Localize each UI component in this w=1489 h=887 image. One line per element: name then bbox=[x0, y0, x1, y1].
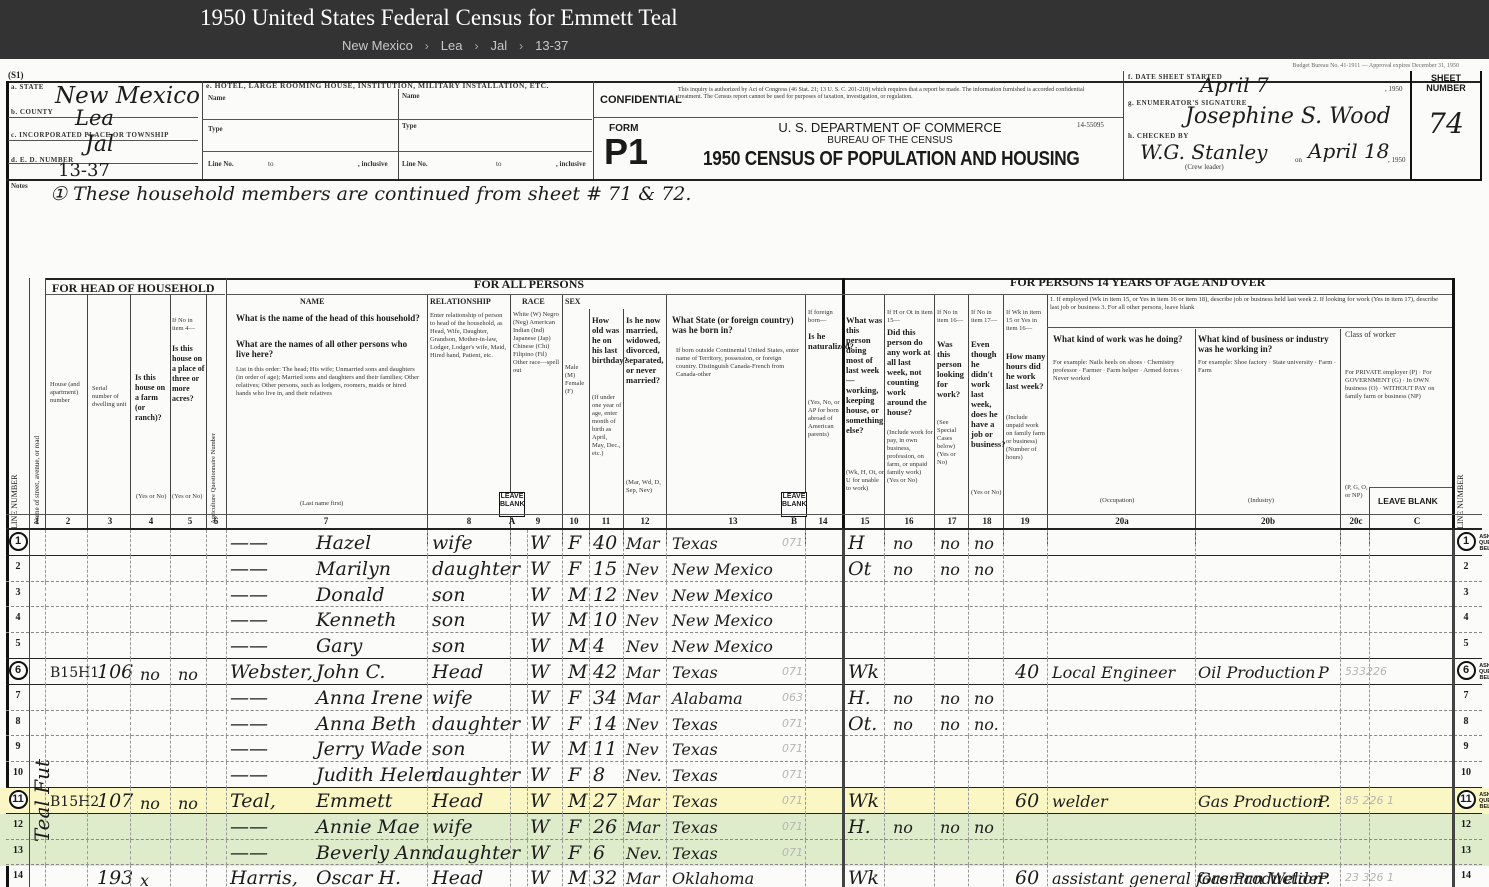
birthplace-code: 071 bbox=[782, 820, 803, 833]
col20c-examples: For PRIVATE employer (P) · For GOVERNMEN… bbox=[1345, 369, 1450, 401]
farm-cell: no bbox=[140, 794, 160, 813]
looking-cell: no bbox=[940, 534, 960, 553]
line-number-right: 10 bbox=[1456, 767, 1476, 778]
column-divider bbox=[1452, 788, 1455, 814]
column-divider bbox=[427, 556, 428, 582]
column-divider bbox=[226, 711, 227, 737]
column-divider bbox=[510, 659, 511, 685]
col19-sub: (Include unpaid work on family farm or b… bbox=[1006, 414, 1046, 462]
sex-cell: M bbox=[568, 738, 587, 760]
column-divider bbox=[968, 814, 969, 840]
column-divider bbox=[589, 840, 590, 866]
hotel-name-label-2: Name bbox=[402, 92, 420, 100]
column-divider bbox=[170, 788, 171, 814]
column-divider bbox=[206, 633, 207, 659]
col20a-heading: What kind of work was he doing? bbox=[1053, 334, 1193, 344]
column-divider bbox=[562, 788, 563, 814]
given-name-cell: Hazel bbox=[316, 532, 371, 554]
column-divider bbox=[130, 530, 131, 556]
column-divider bbox=[527, 736, 528, 762]
column-divider bbox=[1452, 582, 1455, 608]
table-row[interactable]: 8 —— Anna Beth daughter W F 14 Nev Texas… bbox=[0, 711, 1489, 737]
table-row[interactable]: 14 193 x Harris, Oscar H. Head W M 32 Ma… bbox=[0, 865, 1489, 887]
column-divider bbox=[666, 840, 667, 866]
column-divider bbox=[805, 633, 806, 659]
column-divider bbox=[589, 685, 590, 711]
line-number-right: 2 bbox=[1456, 561, 1476, 572]
column-divider bbox=[666, 659, 667, 685]
column-divider bbox=[1369, 659, 1370, 685]
column-divider bbox=[884, 582, 885, 608]
ask-questions-label: ASK QUE BEL bbox=[1478, 534, 1489, 552]
column-divider bbox=[1340, 530, 1341, 556]
column-divider bbox=[968, 685, 969, 711]
column-divider bbox=[842, 530, 845, 556]
column-divider bbox=[968, 633, 969, 659]
column-divider bbox=[206, 582, 207, 608]
column-divider bbox=[934, 556, 935, 582]
house-number-cell: 193 bbox=[97, 867, 133, 887]
column-divider bbox=[842, 865, 845, 887]
col5-heading: Is this house on a place of three or mor… bbox=[172, 344, 206, 404]
column-divider bbox=[1003, 711, 1004, 737]
given-name-cell: Anna Irene bbox=[316, 687, 423, 709]
column-divider bbox=[226, 659, 227, 685]
column-divider bbox=[805, 659, 806, 685]
table-row[interactable]: 5 —— Gary son W M 4 Nev New Mexico 5 bbox=[0, 633, 1489, 659]
marital-cell: Nev bbox=[626, 740, 659, 759]
column-divider bbox=[1369, 582, 1370, 608]
line-number: 9 bbox=[8, 741, 28, 752]
column-divider bbox=[623, 607, 624, 633]
given-name-cell: Beverly Ann bbox=[316, 842, 433, 864]
column-divider bbox=[206, 711, 207, 737]
column-divider bbox=[1003, 659, 1004, 685]
occupation-cell: welder bbox=[1052, 792, 1108, 811]
surname-cell: —— bbox=[230, 713, 268, 735]
col8-heading: Enter relationship of person to head of … bbox=[430, 312, 508, 360]
sex-cell: F bbox=[568, 713, 581, 735]
table-row[interactable]: 11 B15H2 107 no no Teal, Emmett Head W M… bbox=[0, 788, 1489, 814]
line-number-right: 1ASK QUE BEL bbox=[1456, 532, 1476, 551]
census-sheet-image[interactable]: Budget Bureau No. 41-1911 — Approval exp… bbox=[0, 59, 1489, 887]
column-divider bbox=[589, 582, 590, 608]
marital-cell: Mar bbox=[626, 818, 660, 837]
column-divider bbox=[130, 659, 131, 685]
given-name-cell: Gary bbox=[316, 635, 362, 657]
column-divider bbox=[842, 814, 845, 840]
occupation-cell: Local Engineer bbox=[1052, 663, 1175, 682]
column-divider bbox=[87, 685, 88, 711]
race-cell: W bbox=[530, 558, 550, 580]
column-divider bbox=[170, 685, 171, 711]
page-title: 1950 United States Federal Census for Em… bbox=[200, 5, 678, 31]
relationship-cell: daughter bbox=[432, 558, 520, 580]
column-divider bbox=[562, 582, 563, 608]
any-work-cell: no bbox=[893, 689, 913, 708]
breadcrumb-district[interactable]: 13-37 bbox=[535, 38, 568, 53]
column-divider bbox=[1369, 685, 1370, 711]
given-name-cell: Donald bbox=[316, 584, 384, 606]
sex-cell: F bbox=[568, 687, 581, 709]
column-divider bbox=[1195, 607, 1196, 633]
section-all-persons: FOR ALL PERSONS bbox=[474, 277, 584, 292]
column-divider bbox=[510, 633, 511, 659]
column-divider bbox=[623, 633, 624, 659]
column-divider bbox=[623, 788, 624, 814]
line-number-right: 13 bbox=[1456, 845, 1476, 856]
col12-sub: (Mar, Wd, D, Sep, Nev) bbox=[626, 479, 664, 495]
given-name-cell: Oscar H. bbox=[316, 867, 401, 887]
acres-cell: no bbox=[178, 794, 198, 813]
table-row[interactable]: 3 —— Donald son W M 12 Nev New Mexico 3 bbox=[0, 582, 1489, 608]
column-divider bbox=[527, 530, 528, 556]
circled-line-number: 1 bbox=[1457, 532, 1476, 551]
column-divider bbox=[87, 530, 88, 556]
class-cell: P bbox=[1318, 663, 1329, 682]
col4-sub: (Yes or No) bbox=[136, 493, 168, 501]
column-divider bbox=[1452, 530, 1455, 556]
street-cell: B15H1 bbox=[50, 665, 99, 681]
column-divider bbox=[510, 711, 511, 737]
column-divider bbox=[805, 788, 806, 814]
column-divider bbox=[427, 840, 428, 866]
line-number-right: 3 bbox=[1456, 587, 1476, 598]
column-divider bbox=[1047, 788, 1048, 814]
table-row[interactable]: 13 —— Beverly Ann daughter W F 6 Nev. Te… bbox=[0, 840, 1489, 866]
table-row[interactable]: 1 —— Hazel wife W F 40 Mar Texas 071 H n… bbox=[0, 530, 1489, 556]
line-no-label-2: Line No. bbox=[402, 160, 428, 168]
birthplace-code: 071 bbox=[782, 846, 803, 859]
column-divider bbox=[884, 814, 885, 840]
breadcrumb-county[interactable]: Lea bbox=[441, 38, 463, 53]
column-divider bbox=[1452, 685, 1455, 711]
col12-heading: Is he now married, widowed, divorced, se… bbox=[626, 315, 664, 385]
breadcrumb-place[interactable]: Jal bbox=[491, 38, 508, 53]
column-divider bbox=[842, 762, 845, 788]
column-divider bbox=[226, 530, 227, 556]
age-cell: 14 bbox=[593, 713, 617, 735]
line-number: 10 bbox=[8, 767, 28, 778]
column-divider bbox=[1340, 865, 1341, 887]
column-divider bbox=[130, 840, 131, 866]
activity-cell: Wk bbox=[848, 661, 879, 683]
column-divider bbox=[29, 685, 30, 711]
col16-heading: Did this person do any work at all last … bbox=[887, 327, 933, 417]
column-divider bbox=[623, 582, 624, 608]
column-divider bbox=[623, 711, 624, 737]
bureau-name: BUREAU OF THE CENSUS bbox=[700, 135, 1080, 146]
industry-code: 533226 bbox=[1345, 665, 1387, 678]
line-number-right: 4 bbox=[1456, 612, 1476, 623]
table-row[interactable]: 7 —— Anna Irene wife W F 34 Mar Alabama … bbox=[0, 685, 1489, 711]
column-divider bbox=[842, 711, 845, 737]
column-divider bbox=[1452, 659, 1455, 685]
activity-cell: H. bbox=[848, 687, 871, 709]
column-divider bbox=[226, 736, 227, 762]
looking-cell: no bbox=[940, 560, 960, 579]
ask-questions-label: ASK QUE BEL bbox=[1478, 663, 1489, 681]
class-cell: P. bbox=[1318, 869, 1331, 887]
birthplace-cell: Texas bbox=[672, 792, 718, 811]
column-divider bbox=[1340, 788, 1341, 814]
acres-cell: no bbox=[178, 665, 198, 684]
column-divider bbox=[1369, 762, 1370, 788]
column-divider bbox=[934, 659, 935, 685]
column-divider bbox=[427, 659, 428, 685]
col20a-examples: For example: Nails heels on shoes · Chem… bbox=[1053, 359, 1193, 383]
column-divider bbox=[1003, 530, 1004, 556]
col7-q2: What are the names of all other persons … bbox=[236, 339, 421, 359]
column-divider bbox=[805, 556, 806, 582]
column-divider bbox=[87, 659, 88, 685]
column-divider bbox=[884, 762, 885, 788]
has-job-cell: no bbox=[974, 818, 994, 837]
race-cell: W bbox=[530, 609, 550, 631]
col10-title: SEX bbox=[565, 297, 581, 306]
sex-cell: M bbox=[568, 790, 587, 812]
table-row[interactable]: 4 —— Kenneth son W M 10 Nev New Mexico 4 bbox=[0, 607, 1489, 633]
column-divider bbox=[1369, 633, 1370, 659]
column-divider bbox=[968, 659, 969, 685]
column-divider bbox=[527, 840, 528, 866]
line-number: 5 bbox=[8, 638, 28, 649]
column-divider bbox=[805, 840, 806, 866]
sex-cell: M bbox=[568, 867, 587, 887]
line-number: 12 bbox=[8, 819, 28, 830]
chevron-right-icon: › bbox=[425, 39, 429, 53]
column-divider bbox=[1195, 840, 1196, 866]
column-divider bbox=[206, 659, 207, 685]
column-divider bbox=[1369, 814, 1370, 840]
given-name-cell: Emmett bbox=[316, 790, 392, 812]
column-divider bbox=[884, 556, 885, 582]
column-divider bbox=[666, 582, 667, 608]
column-divider bbox=[589, 865, 590, 887]
column-divider bbox=[45, 607, 46, 633]
column-divider bbox=[934, 685, 935, 711]
column-divider bbox=[45, 530, 46, 556]
activity-cell: Wk bbox=[848, 867, 879, 887]
column-divider bbox=[562, 736, 563, 762]
line-number: 4 bbox=[8, 612, 28, 623]
to-label: to bbox=[268, 160, 273, 168]
to-label-2: to bbox=[496, 160, 501, 168]
column-divider bbox=[527, 607, 528, 633]
column-divider bbox=[666, 711, 667, 737]
marital-cell: Nev bbox=[626, 715, 659, 734]
hotel-type-label: Type bbox=[208, 125, 223, 133]
circled-line-number: 6 bbox=[1457, 661, 1476, 680]
column-divider bbox=[1047, 685, 1048, 711]
hours-cell: 60 bbox=[1015, 790, 1039, 812]
column-divider bbox=[170, 633, 171, 659]
column-divider bbox=[934, 865, 935, 887]
sex-cell: M bbox=[568, 661, 587, 683]
sheet-number-label: SHEET NUMBER bbox=[1412, 73, 1480, 93]
any-work-cell: no bbox=[893, 534, 913, 553]
column-divider bbox=[589, 762, 590, 788]
relationship-cell: son bbox=[432, 584, 465, 606]
column-divider bbox=[1003, 865, 1004, 887]
column-divider bbox=[226, 865, 227, 887]
column-divider bbox=[1340, 814, 1341, 840]
line-number: 13 bbox=[8, 845, 28, 856]
age-cell: 4 bbox=[593, 635, 605, 657]
column-divider bbox=[1369, 556, 1370, 582]
column-divider bbox=[87, 711, 88, 737]
looking-cell: no bbox=[940, 818, 960, 837]
industry-cell: Gas Production bbox=[1198, 869, 1323, 887]
column-divider bbox=[934, 607, 935, 633]
chevron-right-icon: › bbox=[519, 39, 523, 53]
column-divider bbox=[934, 814, 935, 840]
surname-cell: Harris, bbox=[230, 867, 298, 887]
surname-cell: —— bbox=[230, 842, 268, 864]
activity-cell: Ot. bbox=[848, 713, 877, 735]
column-divider bbox=[1340, 659, 1341, 685]
sex-cell: M bbox=[568, 635, 587, 657]
column-divider bbox=[1047, 530, 1048, 556]
race-cell: W bbox=[530, 687, 550, 709]
column-divider bbox=[130, 736, 131, 762]
circled-line-number: 6 bbox=[9, 661, 28, 680]
column-divider bbox=[1195, 633, 1196, 659]
column-divider bbox=[934, 840, 935, 866]
col16-sub: (Include work for pay, in own business, … bbox=[887, 429, 933, 485]
birthplace-code: 071 bbox=[782, 768, 803, 781]
column-divider bbox=[1340, 607, 1341, 633]
column-divider bbox=[130, 788, 131, 814]
table-row[interactable]: 10 —— Judith Helen daughter W F 8 Nev. T… bbox=[0, 762, 1489, 788]
given-name-cell: Kenneth bbox=[316, 609, 397, 631]
col19-prefix: If Wk in item 15 or Yes in item 16— bbox=[1006, 309, 1046, 333]
birthplace-code: 071 bbox=[782, 794, 803, 807]
column-divider bbox=[1369, 530, 1370, 556]
column-divider bbox=[1452, 711, 1455, 737]
line-number: 1 bbox=[8, 532, 28, 551]
column-divider bbox=[1452, 865, 1455, 887]
table-row[interactable]: 9 —— Jerry Wade son W M 11 Nev Texas 071… bbox=[0, 736, 1489, 762]
line-number: 2 bbox=[8, 561, 28, 572]
column-divider bbox=[968, 840, 969, 866]
column-divider bbox=[130, 633, 131, 659]
surname-cell: —— bbox=[230, 764, 268, 786]
age-cell: 40 bbox=[593, 532, 617, 554]
surname-cell: —— bbox=[230, 558, 268, 580]
column-divider bbox=[170, 840, 171, 866]
column-divider bbox=[884, 788, 885, 814]
column-divider bbox=[427, 865, 428, 887]
column-divider bbox=[45, 556, 46, 582]
column-divider bbox=[45, 685, 46, 711]
place-value: Jal bbox=[85, 132, 114, 157]
column-divider bbox=[226, 582, 227, 608]
column-divider bbox=[562, 814, 563, 840]
hours-cell: 60 bbox=[1015, 867, 1039, 887]
ed-number-value: 13-37 bbox=[58, 160, 110, 181]
age-cell: 6 bbox=[593, 842, 605, 864]
column-divider bbox=[1003, 814, 1004, 840]
column-divider bbox=[805, 865, 806, 887]
circled-line-number: 11 bbox=[1457, 790, 1476, 809]
col18-sub: (Yes or No) bbox=[971, 489, 1002, 497]
col20c-sub: (P, G, O, or NP) bbox=[1345, 484, 1369, 500]
column-divider bbox=[170, 582, 171, 608]
column-divider bbox=[842, 556, 845, 582]
surname-cell: Teal, bbox=[230, 790, 276, 812]
has-job-cell: no bbox=[974, 560, 994, 579]
col8-title: RELATIONSHIP bbox=[430, 297, 491, 306]
marital-cell: Mar bbox=[626, 689, 660, 708]
column-divider bbox=[1195, 556, 1196, 582]
column-divider bbox=[1452, 762, 1455, 788]
line-number-right: 8 bbox=[1456, 716, 1476, 727]
column-divider bbox=[87, 556, 88, 582]
on-label: on bbox=[1295, 156, 1302, 164]
breadcrumb-state[interactable]: New Mexico bbox=[342, 38, 413, 53]
line-number: 3 bbox=[8, 587, 28, 598]
confidential-label: CONFIDENTIAL bbox=[600, 94, 682, 106]
birthplace-cell: Texas bbox=[672, 766, 718, 785]
hotel-type-label-2: Type bbox=[402, 122, 417, 130]
line-number: 14 bbox=[8, 870, 28, 881]
column-divider bbox=[427, 685, 428, 711]
hotel-name-label: Name bbox=[208, 94, 226, 102]
column-divider bbox=[1195, 711, 1196, 737]
column-divider bbox=[1047, 865, 1048, 887]
column-divider bbox=[842, 685, 845, 711]
ask-questions-label: ASK QUE BEL bbox=[1478, 792, 1489, 810]
col3-heading: Serial number of dwelling unit bbox=[92, 385, 128, 409]
col5-prefix: If No in item 4— bbox=[172, 317, 204, 333]
farm-cell: no bbox=[140, 665, 160, 684]
column-divider bbox=[527, 685, 528, 711]
column-divider bbox=[29, 607, 30, 633]
column-divider bbox=[87, 788, 88, 814]
notes-value: ① These household members are continued … bbox=[50, 183, 691, 205]
column-divider bbox=[805, 685, 806, 711]
table-row[interactable]: 2 —— Marilyn daughter W F 15 Nev New Mex… bbox=[0, 556, 1489, 582]
column-divider bbox=[206, 865, 207, 887]
column-divider bbox=[87, 633, 88, 659]
column-divider bbox=[206, 762, 207, 788]
notes-label: Notes bbox=[11, 182, 28, 190]
birthplace-cell: New Mexico bbox=[672, 586, 773, 605]
birthplace-cell: Texas bbox=[672, 818, 718, 837]
marital-cell: Nev bbox=[626, 637, 659, 656]
column-divider bbox=[562, 865, 563, 887]
column-divider bbox=[510, 865, 511, 887]
table-row[interactable]: 12 —— Annie Mae wife W F 26 Mar Texas 07… bbox=[0, 814, 1489, 840]
col5-sub: (Yes or No) bbox=[172, 493, 204, 501]
col14-sub: (Yes, No, or AP for born abroad of Ameri… bbox=[808, 399, 840, 439]
column-divider bbox=[226, 633, 227, 659]
column-divider bbox=[623, 840, 624, 866]
race-cell: W bbox=[530, 635, 550, 657]
table-row[interactable]: 6 B15H1 106 no no Webster, John C. Head … bbox=[0, 659, 1489, 685]
relationship-cell: wife bbox=[432, 532, 473, 554]
line-no-label: Line No. bbox=[208, 160, 234, 168]
birthplace-cell: New Mexico bbox=[672, 637, 773, 656]
year-label-2: , 1950 bbox=[1388, 156, 1406, 164]
looking-cell: no bbox=[940, 689, 960, 708]
col10-heading: Male (M) Female (F) bbox=[565, 364, 587, 396]
birthplace-code: 071 bbox=[782, 742, 803, 755]
race-cell: W bbox=[530, 790, 550, 812]
column-divider bbox=[206, 814, 207, 840]
column-divider bbox=[226, 788, 227, 814]
